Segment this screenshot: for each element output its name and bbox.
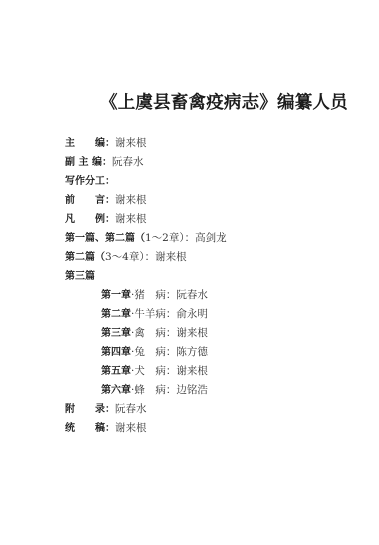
entry-conventions: 凡 例：谢来根 (65, 213, 147, 226)
entry-deputy-editor: 副 主 编：阮春水 (65, 156, 143, 169)
entry-preface: 前 言：谢来根 (65, 194, 147, 207)
chapter-4: 第四章·兔 病：陈方德 (101, 346, 208, 359)
chapter-2: 第二章·牛羊病：俞永明 (101, 308, 208, 321)
entry-chief-editor: 主 编：谢来根 (65, 137, 147, 150)
chapter-5: 第五章·犬 病：谢来根 (101, 365, 208, 378)
entry-final-editing: 统 稿：谢来根 (65, 422, 147, 435)
entry-part-one-two: 第一篇、第二篇（1～2章）：高剑龙 (65, 232, 227, 245)
chapter-3: 第三章·禽 病：谢来根 (101, 327, 208, 340)
chapter-6: 第六章·蜂 病：边铭浩 (101, 384, 208, 397)
entry-part-three: 第三篇 (65, 270, 95, 283)
entry-writing-division: 写作分工： (65, 175, 115, 188)
entry-appendix: 附 录：阮春水 (65, 403, 147, 416)
chapter-1: 第一章·猪 病：阮春水 (101, 289, 208, 302)
document-title: 《上虞县畜禽疫病志》编纂人员 (100, 89, 348, 114)
entry-part-two: 第二篇（3～4章）：谢来根 (65, 251, 187, 264)
